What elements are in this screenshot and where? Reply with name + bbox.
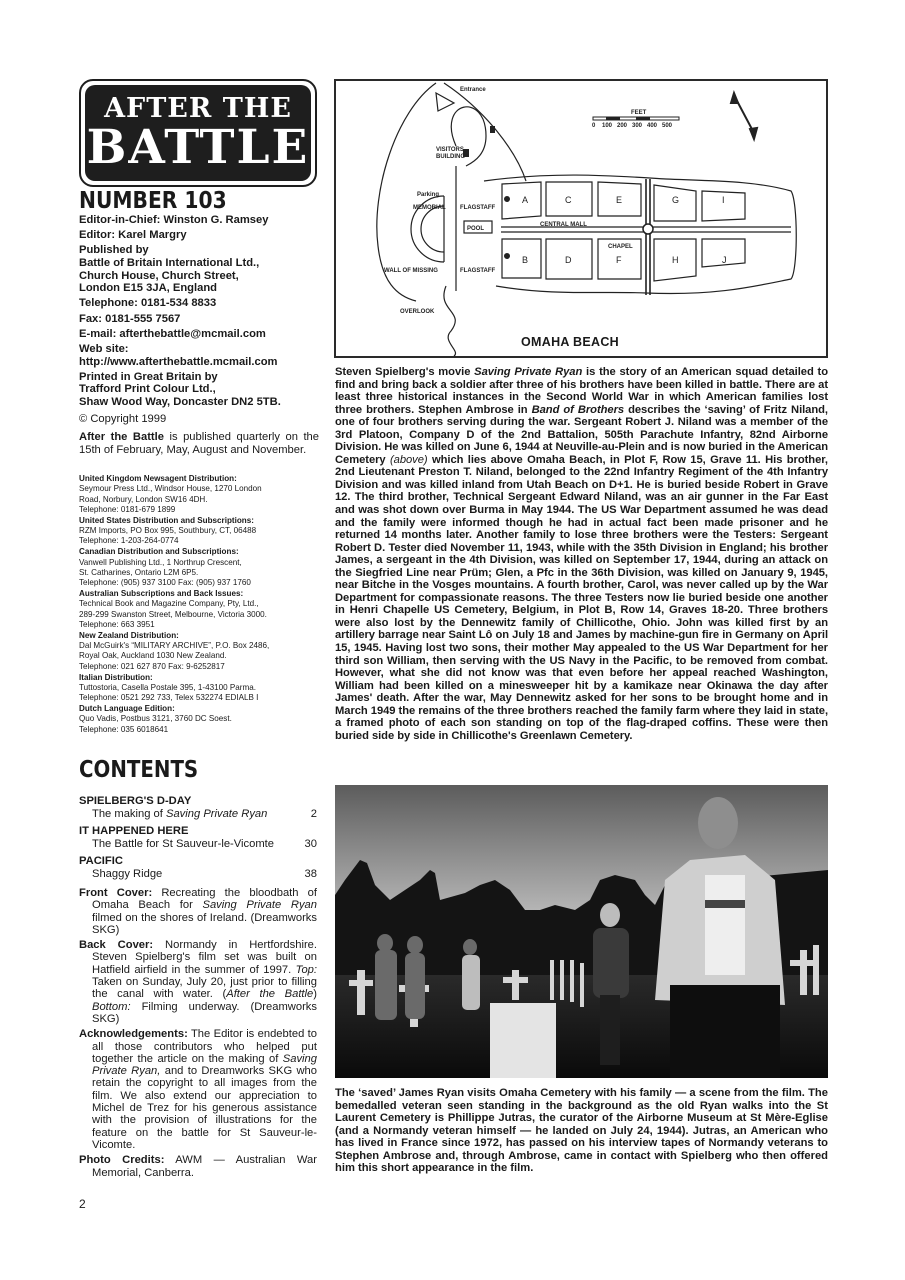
distribution-line: Seymour Press Ltd., Windsor House, 1270 … <box>79 484 319 494</box>
publisher-line: Church House, Church Street, <box>79 270 239 282</box>
note-label: Front Cover: <box>79 887 152 899</box>
toc-title-text: Shaggy Ridge <box>92 868 162 880</box>
distribution-list: United Kingdom Newsagent Distribution: S… <box>79 474 319 736</box>
note-italic: Saving Private Ryan <box>203 899 318 911</box>
scale-tick: 100 <box>602 123 613 129</box>
map-label-flagstaff: FLAGSTAFF <box>460 205 496 211</box>
front-cover-note: Front Cover: Recreating the bloodbath of… <box>79 887 317 936</box>
cemetery-photo <box>335 785 828 1078</box>
toc-section-title: SPIELBERG'S D-DAY <box>79 795 317 808</box>
copyright: © Copyright 1999 <box>79 413 319 426</box>
map-scale-bar <box>593 117 679 120</box>
photo-caption: The ‘saved’ James Ryan visits Omaha Ceme… <box>335 1087 828 1175</box>
toc-title-italic: Saving Private Ryan <box>166 808 267 820</box>
plot-label: G <box>672 195 679 205</box>
cemetery-map: Entrance FEET 0 100 200 300 400 500 VISI… <box>334 79 828 358</box>
distribution-line: Telephone: (905) 937 3100 Fax: (905) 937… <box>79 578 319 588</box>
distribution-line: 289-299 Swanston Street, Melbourne, Vict… <box>79 610 319 620</box>
map-title: OMAHA BEACH <box>521 335 619 349</box>
distribution-heading: United Kingdom Newsagent Distribution: <box>79 474 319 484</box>
map-label-overlook: OVERLOOK <box>400 309 435 315</box>
toc-entry[interactable]: IT HAPPENED HERE The Battle for St Sauve… <box>79 825 317 851</box>
toc-row: The making of Saving Private Ryan 2 <box>79 808 317 821</box>
distribution-line: Vanwell Publishing Ltd., 1 Northrup Cres… <box>79 558 319 568</box>
distribution-line: RZM Imports, PO Box 995, Southbury, CT, … <box>79 526 319 536</box>
publisher-line: London E15 3JA, England <box>79 282 217 294</box>
map-label-entrance: Entrance <box>460 87 486 93</box>
note-italic: Bottom: <box>92 1001 131 1013</box>
printer-line: Printed in Great Britain by <box>79 371 218 383</box>
map-label-wall-of-missing: WALL OF MISSING <box>384 268 438 274</box>
distribution-line: Quo Vadis, Postbus 3121, 3760 DC Soest. <box>79 714 319 724</box>
toc-entry[interactable]: PACIFIC Shaggy Ridge 38 <box>79 855 317 881</box>
plot-label: A <box>522 195 528 205</box>
toc-title-text: The making of <box>92 808 166 820</box>
toc-section-title: PACIFIC <box>79 855 317 868</box>
plot-label: C <box>565 195 572 205</box>
website-url: http://www.afterthebattle.mcmail.com <box>79 356 278 368</box>
publisher-line: Battle of Britain International Ltd., <box>79 257 259 269</box>
distribution-italy: Italian Distribution: Tuttostoria, Casel… <box>79 673 319 704</box>
editor: Editor: Karel Margry <box>79 229 319 242</box>
editor-in-chief: Editor-in-Chief: Winston G. Ramsey <box>79 214 319 227</box>
toc-row: The Battle for St Sauveur-le-Vicomte 30 <box>79 838 317 851</box>
scale-tick: 0 <box>592 123 596 129</box>
scale-tick: 200 <box>617 123 628 129</box>
back-cover-note: Back Cover: Normandy in Hertfordshire. S… <box>79 939 317 1025</box>
plot-label: J <box>722 255 727 265</box>
email: E-mail: afterthebattle@mcmail.com <box>79 328 319 341</box>
map-label-feet: FEET <box>631 110 647 116</box>
note-text: filmed on the shores of Ireland. (Dreamw… <box>92 912 317 936</box>
distribution-line: Telephone: 021 627 870 Fax: 9-6252817 <box>79 662 319 672</box>
book-title: Band of Brothers <box>532 404 624 416</box>
article-text: Steven Spielberg's movie <box>335 366 474 378</box>
printer-line: Trafford Print Colour Ltd., <box>79 383 216 395</box>
contents-heading: CONTENTS <box>79 757 198 783</box>
map-label-central-mall: CENTRAL MALL <box>540 222 587 228</box>
article-body: Steven Spielberg's movie Saving Private … <box>335 366 828 742</box>
map-label-building: BUILDING <box>436 154 465 160</box>
distribution-uk: United Kingdom Newsagent Distribution: S… <box>79 474 319 515</box>
note-text: and to Dreamworks SKG who retain the cop… <box>92 1065 317 1151</box>
imprint-block: Editor-in-Chief: Winston G. Ramsey Edito… <box>79 214 319 459</box>
printer: Printed in Great Britain by Trafford Pri… <box>79 371 319 409</box>
distribution-line: Telephone: 663 3951 <box>79 620 319 630</box>
map-label-chapel: CHAPEL <box>608 244 633 250</box>
distribution-line: Tuttostoria, Casella Postale 395, 1-4310… <box>79 683 319 693</box>
plot-label: B <box>522 255 528 265</box>
figure-reference: (above) <box>390 454 428 466</box>
distribution-heading: United States Distribution and Subscript… <box>79 516 319 526</box>
distribution-heading: Dutch Language Edition: <box>79 704 319 714</box>
distribution-australia: Australian Subscriptions and Back Issues… <box>79 589 319 630</box>
distribution-dutch: Dutch Language Edition: Quo Vadis, Postb… <box>79 704 319 735</box>
publisher-line: Published by <box>79 244 149 256</box>
toc-section-title: IT HAPPENED HERE <box>79 825 317 838</box>
distribution-line: St. Catharines, Ontario L2M 6P5. <box>79 568 319 578</box>
note-label: Back Cover: <box>79 939 153 951</box>
distribution-line: Technical Book and Magazine Company, Pty… <box>79 599 319 609</box>
distribution-new-zealand: New Zealand Distribution: Dal McGuirk's … <box>79 631 319 672</box>
website: Web site: http://www.afterthebattle.mcma… <box>79 343 319 368</box>
scale-tick: 300 <box>632 123 643 129</box>
toc-page-number: 30 <box>305 838 317 851</box>
film-title: Saving Private Ryan <box>474 366 582 378</box>
telephone: Telephone: 0181-534 8833 <box>79 297 319 310</box>
distribution-line: Dal McGuirk's “MILITARY ARCHIVE”, P.O. B… <box>79 641 319 651</box>
distribution-line: Royal Oak, Auckland 1030 New Zealand. <box>79 651 319 661</box>
masthead-plate: AFTER THE BATTLE <box>85 85 311 181</box>
chapel-marker <box>643 224 653 234</box>
distribution-line: Telephone: 035 6018641 <box>79 725 319 735</box>
distribution-line: Road, Norbury, London SW16 4DH. <box>79 495 319 505</box>
scale-tick: 500 <box>662 123 673 129</box>
publication-schedule: After the Battle is published quarterly … <box>79 431 319 456</box>
toc-page-number: 38 <box>305 868 317 881</box>
distribution-heading: Australian Subscriptions and Back Issues… <box>79 589 319 599</box>
foreground-headstone <box>490 1003 556 1078</box>
toc-row: Shaggy Ridge 38 <box>79 868 317 881</box>
flagstaff-marker <box>504 196 510 202</box>
toc-entry[interactable]: SPIELBERG'S D-DAY The making of Saving P… <box>79 795 317 821</box>
map-label-pool: POOL <box>467 226 484 232</box>
note-italic: Top: <box>296 964 317 976</box>
distribution-line: Telephone: 1-203-264-0774 <box>79 536 319 546</box>
flagstaff-marker <box>504 253 510 259</box>
distribution-line: Telephone: 0521 292 733, Telex 532274 ED… <box>79 693 319 703</box>
masthead-line2: BATTLE <box>87 124 310 172</box>
credits-notes: Front Cover: Recreating the bloodbath of… <box>79 887 317 1182</box>
distribution-line: Telephone: 0181-679 1899 <box>79 505 319 515</box>
page-number: 2 <box>79 1197 86 1211</box>
fax: Fax: 0181-555 7567 <box>79 313 319 326</box>
photo-credits-note: Photo Credits: AWM — Australian War Memo… <box>79 1154 317 1179</box>
table-of-contents: SPIELBERG'S D-DAY The making of Saving P… <box>79 795 317 885</box>
acknowledgements-note: Acknowledgements: The Editor is endebted… <box>79 1028 317 1151</box>
note-label: Acknowledgements: <box>79 1028 188 1040</box>
map-label-memorial: MEMORIAL <box>413 205 446 211</box>
toc-title-text: The Battle for St Sauveur-le-Vicomte <box>92 838 274 850</box>
distribution-us: United States Distribution and Subscript… <box>79 516 319 547</box>
issue-number: NUMBER 103 <box>79 188 227 214</box>
toc-page-number: 2 <box>311 808 317 821</box>
map-label-parking: Parking <box>417 192 439 198</box>
distribution-heading: Italian Distribution: <box>79 673 319 683</box>
plot-label: E <box>616 195 622 205</box>
magazine-name: After the Battle <box>79 431 164 443</box>
plot-label: D <box>565 255 572 265</box>
printer-line: Shaw Wood Way, Doncaster DN2 5TB. <box>79 396 281 408</box>
toc-article-title: Shaggy Ridge <box>92 868 162 881</box>
note-text: ) <box>313 988 317 1000</box>
publisher: Published by Battle of Britain Internati… <box>79 244 319 294</box>
scale-tick: 400 <box>647 123 658 129</box>
distribution-heading: Canadian Distribution and Subscriptions: <box>79 547 319 557</box>
distribution-canada: Canadian Distribution and Subscriptions:… <box>79 547 319 588</box>
masthead-logo: AFTER THE BATTLE <box>79 79 317 187</box>
toc-article-title: The making of Saving Private Ryan <box>92 808 267 821</box>
map-label-visitors: VISITORS <box>436 147 464 153</box>
toc-article-title: The Battle for St Sauveur-le-Vicomte <box>92 838 274 851</box>
cemetery-photo-image <box>335 785 828 1078</box>
note-italic: After the Battle <box>226 988 313 1000</box>
plot-label: H <box>672 255 679 265</box>
map-label-flagstaff: FLAGSTAFF <box>460 268 496 274</box>
plot-label: I <box>722 195 725 205</box>
article-text: which lies above Omaha Beach, in Plot F,… <box>335 454 828 742</box>
cemetery-map-drawing: Entrance FEET 0 100 200 300 400 500 VISI… <box>336 81 826 356</box>
plot-label: F <box>616 255 622 265</box>
website-label: Web site: <box>79 343 129 355</box>
distribution-heading: New Zealand Distribution: <box>79 631 319 641</box>
note-label: Photo Credits: <box>79 1154 164 1166</box>
north-arrow-icon <box>731 93 757 139</box>
